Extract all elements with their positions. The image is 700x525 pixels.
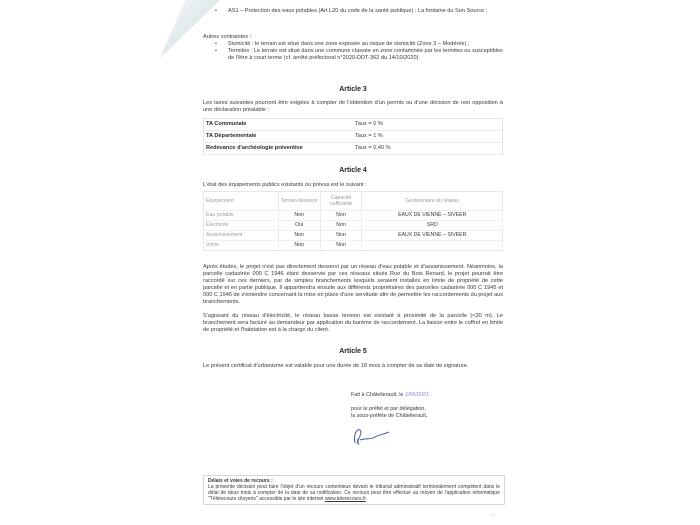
cell-capacite: Non	[320, 211, 362, 221]
page-number: 2/2	[490, 512, 496, 517]
cell-desservi: Non	[278, 241, 320, 251]
article-4-title: Article 4	[203, 167, 503, 174]
telerecours-link[interactable]: www.telerecours.fr	[325, 496, 366, 502]
servitude-item: AS1 – Protection des eaux potables (Art …	[228, 8, 503, 15]
cell-desservi: Non	[278, 211, 320, 221]
fait-a-label: Fait à Châtellerault, le	[351, 392, 403, 398]
tax-name: TA Communale	[204, 119, 354, 131]
cell-gestionnaire: EAUX DE VIENNE – SIVEER	[362, 211, 503, 221]
article-4-intro: L'état des équipements publics existants…	[203, 182, 503, 189]
cell-desservi: Non	[278, 231, 320, 241]
cell-capacite: Non	[320, 221, 362, 231]
tax-rate: Taux = 0 %	[353, 119, 503, 131]
cell-equipement: Eau potable	[204, 211, 279, 221]
contrainte-item: Termites : Le terrain est situé dans une…	[228, 48, 503, 62]
cell-capacite: Non	[320, 241, 362, 251]
article-4-paragraph-electricity: S'agissant du réseau d'électricité, le r…	[203, 313, 503, 334]
fait-a-line: Fait à Châtellerault, le 1/06/2021	[351, 392, 501, 399]
article-5-text: Le présent certificat d'urbanisme est va…	[203, 363, 503, 370]
cell-capacite: Non	[320, 231, 362, 241]
autres-label: Autres contraintes :	[203, 34, 503, 41]
column-header: Terrain desservi	[278, 192, 320, 211]
table-row: Assainissement Non Non EAUX DE VIENNE – …	[204, 231, 503, 241]
tax-rate: Taux = 0,40 %	[353, 143, 503, 155]
table-row: Voirie Non Non	[204, 241, 503, 251]
signature-date: 1/06/2021	[405, 392, 429, 398]
servitude-section: AS1 – Protection des eaux potables (Art …	[203, 8, 503, 15]
cell-equipement: Assainissement	[204, 231, 279, 241]
table-row: TA Départementale Taux = 1 %	[204, 131, 503, 143]
tax-name: Redevance d'archéologie préventive	[204, 143, 354, 155]
cell-equipement: Électricité	[204, 221, 279, 231]
cell-desservi: Oui	[278, 221, 320, 231]
cell-gestionnaire: SRD	[362, 221, 503, 231]
delegation-line: pour le préfet et par délégation,	[351, 406, 501, 413]
document-page: AS1 – Protection des eaux potables (Art …	[0, 0, 700, 525]
column-header: Équipement	[204, 192, 279, 211]
table-row: Eau potable Non Non EAUX DE VIENNE – SIV…	[204, 211, 503, 221]
table-row: Électricité Oui Non SRD	[204, 221, 503, 231]
signatory-line: la sous-préfète de Châtellerault,	[351, 413, 501, 420]
contrainte-item: Sismicité : le terrain est situé dans un…	[228, 41, 503, 48]
signature-block: Fait à Châtellerault, le 1/06/2021 pour …	[351, 392, 501, 419]
article-3-title: Article 3	[203, 86, 503, 93]
table-row: TA Communale Taux = 0 %	[204, 119, 503, 131]
cell-equipement: Voirie	[204, 241, 279, 251]
tax-rate: Taux = 1 %	[353, 131, 503, 143]
autres-contraintes-section: Autres contraintes : Sismicité : le terr…	[203, 34, 503, 62]
handwritten-signature	[351, 425, 391, 447]
column-header: Gestionnaire du réseau	[362, 192, 503, 211]
tax-name: TA Départementale	[204, 131, 354, 143]
cell-gestionnaire: EAUX DE VIENNE – SIVEER	[362, 231, 503, 241]
cell-gestionnaire	[362, 241, 503, 251]
article-4-paragraph-water: Après études, le projet n'est pas direct…	[203, 264, 503, 306]
column-header: Capacité suffisante	[320, 192, 362, 211]
equipment-table: Équipement Terrain desservi Capacité suf…	[203, 191, 503, 251]
table-row: Redevance d'archéologie préventive Taux …	[204, 143, 503, 155]
article-5-title: Article 5	[203, 348, 503, 355]
article-3-intro: Les taxes suivantes pourront être exigée…	[203, 100, 503, 114]
recours-notice: Délais et voies de recours : La présente…	[203, 475, 505, 505]
tax-table: TA Communale Taux = 0 % TA Départemental…	[203, 118, 503, 155]
table-header-row: Équipement Terrain desservi Capacité suf…	[204, 192, 503, 211]
